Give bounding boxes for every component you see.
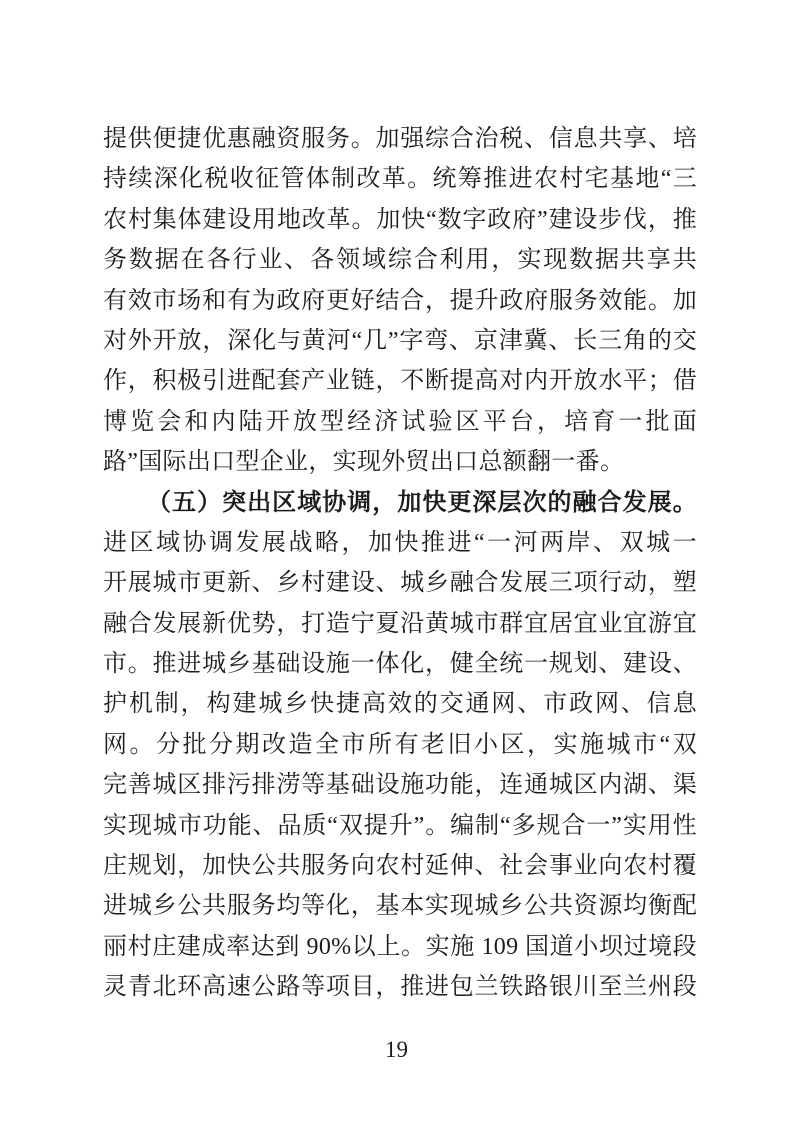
page-number: 19 bbox=[385, 1037, 408, 1062]
text-line: 护机制，构建城乡快捷高效的交通网、市政网、信息网、服务 bbox=[103, 684, 697, 724]
text-line: 融合发展新优势，打造宁夏沿黄城市群宜居宜业宜游宜养样板 bbox=[103, 604, 697, 644]
text-line: 灵青北环高速公路等项目，推进包兰铁路银川至兰州段扩能改 bbox=[103, 967, 697, 1007]
document-page-body: 提供便捷优惠融资服务。加强综合治税、信息共享、培植税源， 持续深化税收征管体制改… bbox=[103, 119, 697, 1008]
text-line: 持续深化税收征管体制改革。统筹推进农村宅基地“三权分置”、 bbox=[103, 159, 697, 199]
text-line: 网。分批分期改造全市所有老旧小区，实施城市“双修”工程， bbox=[103, 725, 697, 765]
text-line: 农村集体建设用地改革。加快“数字政府”建设步伐，推动政 bbox=[103, 200, 697, 240]
text-line: 开展城市更新、乡村建设、城乡融合发展三项行动，塑造城乡 bbox=[103, 563, 697, 603]
paragraph-continued: 提供便捷优惠融资服务。加强综合治税、信息共享、培植税源， 持续深化税收征管体制改… bbox=[103, 119, 697, 483]
text-line: 务数据在各行业、各领域综合利用，实现数据共享共用，推动 bbox=[103, 240, 697, 280]
text-line: 作，积极引进配套产业链，不断提高对内开放水平；借助中阿 bbox=[103, 361, 697, 401]
text-line: 进区域协调发展战略，加快推进“一河两岸、双城一体”发展， bbox=[103, 523, 697, 563]
text-line: 实现城市功能、品质“双提升”。编制“多规合一”实用性村 bbox=[103, 806, 697, 846]
text-line: 有效市场和有为政府更好结合，提升政府服务效能。加强对内 bbox=[103, 281, 697, 321]
text-line: 丽村庄建成率达到 90%以上。实施 109 国道小坝过境段改线、吴 bbox=[103, 927, 697, 967]
text-line: 博览会和内陆开放型经济试验区平台，培育一批面向“一带一 bbox=[103, 402, 697, 442]
text-line: 进城乡公共服务均等化，基本实现城乡公共资源均衡配置，美 bbox=[103, 886, 697, 926]
section-5-heading: （五）突出区域协调，加快更深层次的融合发展。 bbox=[147, 490, 697, 516]
paragraph-section-5: （五）突出区域协调，加快更深层次的融合发展。协同推 进区域协调发展战略，加快推进… bbox=[103, 483, 697, 1008]
text-line: 完善城区排污排涝等基础设施功能，连通城区内湖、渠道水系， bbox=[103, 765, 697, 805]
text-line: 对外开放，深化与黄河“几”字弯、京津冀、长三角的交流合 bbox=[103, 321, 697, 361]
text-line: 庄规划，加快公共服务向农村延伸、社会事业向农村覆盖，促 bbox=[103, 846, 697, 886]
text-line: （五）突出区域协调，加快更深层次的融合发展。协同推 bbox=[103, 483, 697, 523]
text-line: 市。推进城乡基础设施一体化，健全统一规划、建设、运行维 bbox=[103, 644, 697, 684]
text-line: 提供便捷优惠融资服务。加强综合治税、信息共享、培植税源， bbox=[103, 119, 697, 159]
text-line: 路”国际出口型企业，实现外贸出口总额翻一番。 bbox=[103, 442, 697, 482]
page-footer: 19 bbox=[0, 1036, 793, 1064]
